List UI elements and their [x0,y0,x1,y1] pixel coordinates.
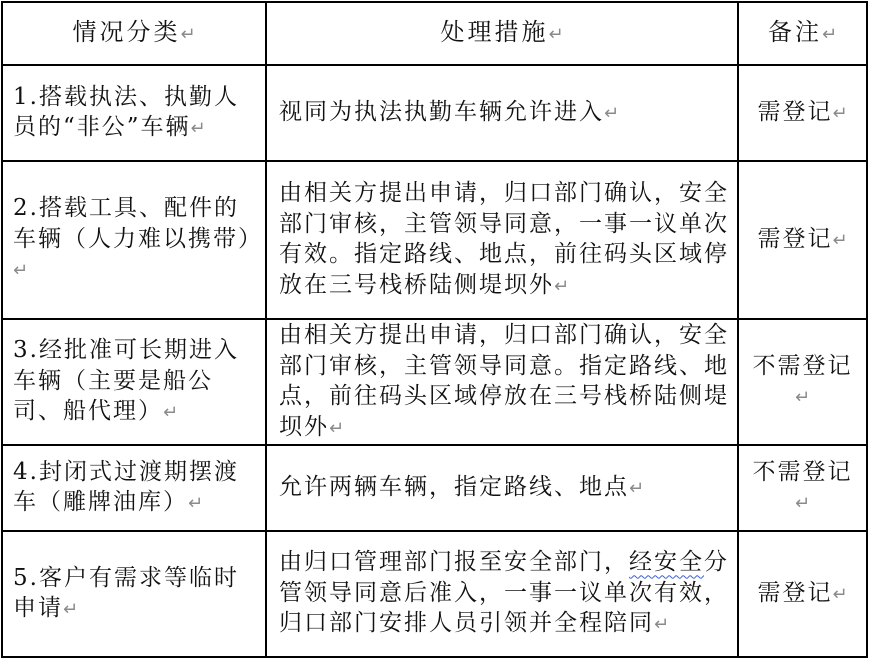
table-row: 3.经批准可长期进入车辆（主要是船公司、船代理）↵ 由相关方提出申请，归口部门确… [2,319,867,445]
table-header-row: 情况分类↵ 处理措施↵ 备注↵ [2,2,867,65]
header-category-label: 情况分类 [72,18,180,46]
table-row: 1.搭载执法、执勤人员的“非公”车辆↵ 视同为执法执勤车辆允许进入↵ 需登记↵ [2,65,867,161]
table-row: 4.封闭式过渡期摆渡车（雕牌油库）↵ 允许两辆车辆，指定路线、地点↵ 不需登记↵ [2,445,867,531]
paragraph-mark-icon: ↵ [629,478,644,499]
note-cell[interactable]: 需登记↵ [738,65,867,161]
paragraph-mark-icon: ↵ [180,24,195,45]
action-text: 由相关方提出申请，归口部门确认，安全部门审核，主管领导同意。指定路线、地点，前往… [279,322,729,440]
paragraph-mark-icon: ↵ [329,418,344,439]
note-text: 需登记 [757,99,832,125]
note-cell[interactable]: 不需登记↵ [738,445,867,531]
paragraph-mark-icon: ↵ [63,599,78,620]
category-text: 4.封闭式过渡期摆渡车（雕牌油库） [13,459,239,516]
category-cell[interactable]: 1.搭载执法、执勤人员的“非公”车辆↵ [2,65,266,161]
action-cell[interactable]: 允许两辆车辆，指定路线、地点↵ [266,445,738,531]
category-cell[interactable]: 3.经批准可长期进入车辆（主要是船公司、船代理）↵ [2,319,266,445]
category-text: 2.搭载工具、配件的车辆（人力难以携带） [13,195,263,252]
action-cell[interactable]: 由归口管理部门报至安全部门，经安全分管领导同意后准入，一事一议单次有效，归口部门… [266,531,738,657]
note-text: 不需登记 [753,353,853,379]
table-row: 5.客户有需求等临时申请↵ 由归口管理部门报至安全部门，经安全分管领导同意后准入… [2,531,867,657]
paragraph-mark-icon: ↵ [188,493,203,514]
paragraph-mark-icon: ↵ [13,260,28,281]
paragraph-mark-icon: ↵ [163,402,178,423]
category-cell[interactable]: 4.封闭式过渡期摆渡车（雕牌油库）↵ [2,445,266,531]
paragraph-mark-icon: ↵ [604,103,619,124]
paragraph-mark-icon: ↵ [822,24,837,45]
paragraph-mark-icon: ↵ [832,584,847,605]
paragraph-mark-icon: ↵ [795,387,810,408]
action-text: 允许两辆车辆，指定路线、地点 [279,474,629,500]
header-category: 情况分类↵ [2,2,266,65]
action-cell[interactable]: 视同为执法执勤车辆允许进入↵ [266,65,738,161]
vehicle-access-table: 情况分类↵ 处理措施↵ 备注↵ 1.搭载执法、执勤人员的“非公”车辆↵ 视同为执… [1,1,868,658]
header-action: 处理措施↵ [266,2,738,65]
note-cell[interactable]: 需登记↵ [738,531,867,657]
paragraph-mark-icon: ↵ [554,276,569,297]
paragraph-mark-icon: ↵ [654,614,669,635]
grammar-flagged-text[interactable]: 经安全 [629,549,704,575]
paragraph-mark-icon: ↵ [832,230,847,251]
category-text: 3.经批准可长期进入车辆（主要是船公司、船代理） [13,337,239,424]
header-note: 备注↵ [738,2,867,65]
header-note-label: 备注 [768,18,822,46]
action-cell[interactable]: 由相关方提出申请，归口部门确认，安全部门审核，主管领导同意，一事一议单次有效。指… [266,161,738,319]
note-cell[interactable]: 不需登记↵ [738,319,867,445]
table-row: 2.搭载工具、配件的车辆（人力难以携带）↵ 由相关方提出申请，归口部门确认，安全… [2,161,867,319]
note-cell[interactable]: 需登记↵ [738,161,867,319]
action-text: 由相关方提出申请，归口部门确认，安全部门审核，主管领导同意，一事一议单次有效。指… [279,180,729,298]
note-text: 不需登记 [753,459,853,485]
paragraph-mark-icon: ↵ [191,118,206,139]
paragraph-mark-icon: ↵ [795,493,810,514]
header-action-label: 处理措施 [440,18,548,46]
note-text: 需登记 [757,580,832,606]
category-cell[interactable]: 5.客户有需求等临时申请↵ [2,531,266,657]
note-text: 需登记 [757,226,832,252]
category-text: 5.客户有需求等临时申请 [13,565,239,622]
category-cell[interactable]: 2.搭载工具、配件的车辆（人力难以携带）↵ [2,161,266,319]
action-text: 由归口管理部门报至安全部门， [279,549,629,575]
action-text: 视同为执法执勤车辆允许进入 [279,99,604,125]
paragraph-mark-icon: ↵ [832,103,847,124]
action-cell[interactable]: 由相关方提出申请，归口部门确认，安全部门审核，主管领导同意。指定路线、地点，前往… [266,319,738,445]
paragraph-mark-icon: ↵ [548,24,563,45]
